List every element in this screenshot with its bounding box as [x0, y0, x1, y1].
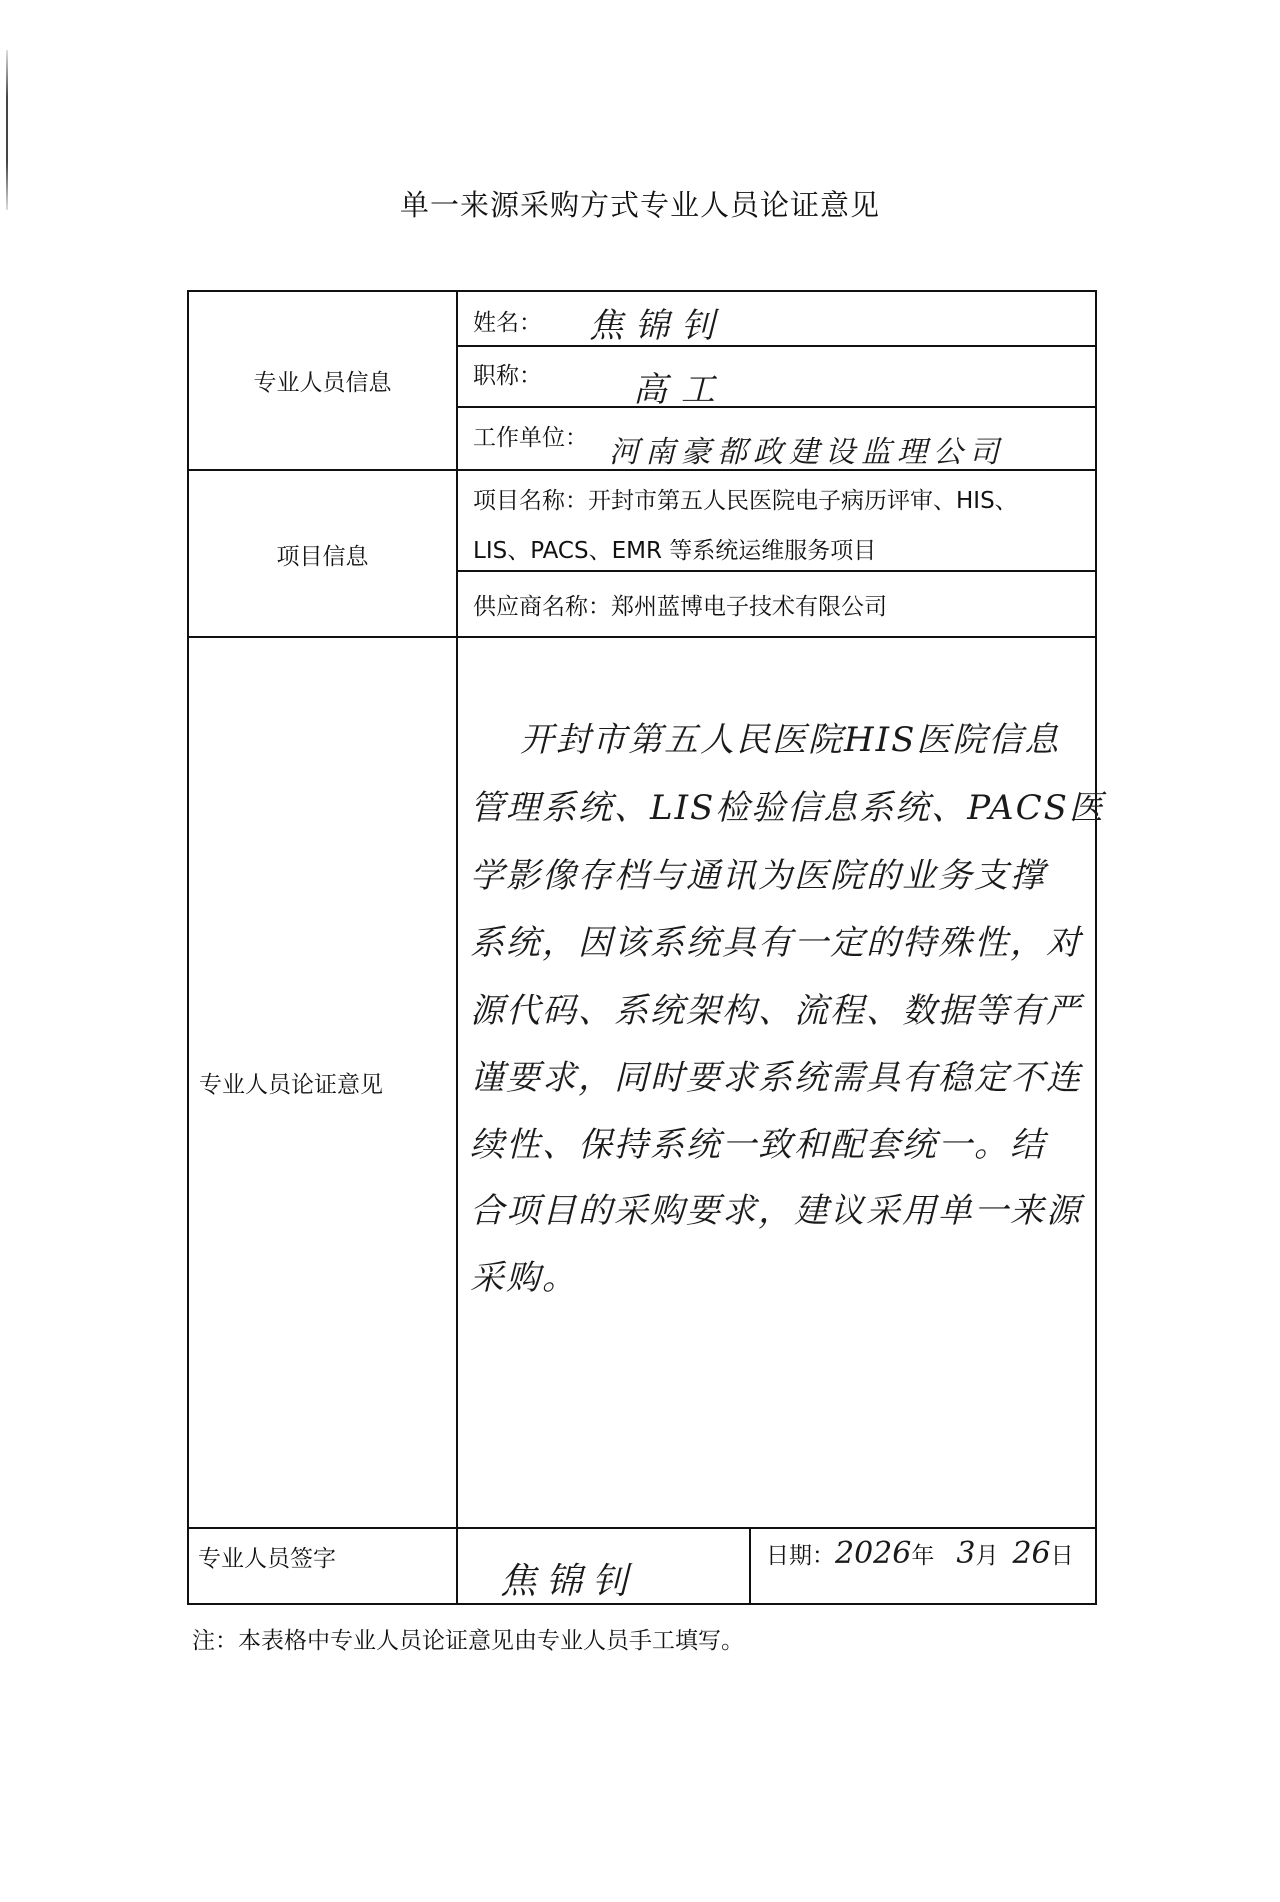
date-column-divider	[749, 1527, 751, 1605]
month-unit: 月	[975, 1543, 998, 1569]
section-label-opinion: 专业人员论证意见	[199, 1066, 383, 1099]
section-label-project-info: 项目信息	[189, 538, 456, 571]
title-label: 职称：	[473, 357, 542, 390]
opinion-line: 合项目的采购要求，建议采用单一来源	[470, 1183, 1090, 1232]
section-label-signature: 专业人员签字	[198, 1540, 336, 1573]
project-name-line1: 项目名称：开封市第五人民医院电子病历评审、HIS、	[473, 482, 1018, 515]
work-unit-value: 河南豪都政建设监理公司	[609, 427, 1005, 471]
supplier-name: 供应商名称：郑州蓝博电子技术有限公司	[473, 588, 887, 621]
name-value: 焦锦钊	[589, 298, 727, 347]
date-field: 日期：2026年3月26日	[766, 1536, 1074, 1571]
footnote: 注：本表格中专业人员论证意见由专业人员手工填写。	[192, 1622, 744, 1655]
document-title: 单一来源采购方式专业人员论证意见	[0, 183, 1280, 224]
date-label: 日期：	[766, 1543, 835, 1569]
row-divider	[458, 345, 1097, 347]
date-day: 26	[1012, 1536, 1050, 1571]
name-label: 姓名：	[473, 304, 542, 337]
opinion-line: 学影像存档与通讯为医院的业务支撑	[470, 848, 1090, 897]
row-divider	[458, 570, 1097, 572]
opinion-line: 管理系统、LIS检验信息系统、PACS医	[470, 780, 1090, 829]
project-name-line2: LIS、PACS、EMR 等系统运维服务项目	[473, 532, 876, 565]
title-value: 高工	[633, 362, 729, 411]
year-unit: 年	[911, 1543, 934, 1569]
opinion-line: 开封市第五人民医院HIS医院信息	[520, 712, 1140, 761]
opinion-line: 源代码、系统架构、流程、数据等有严	[470, 983, 1090, 1032]
date-year: 2026	[835, 1536, 911, 1571]
day-unit: 日	[1051, 1543, 1074, 1569]
work-unit-label: 工作单位：	[473, 419, 588, 452]
section-divider	[189, 636, 1097, 638]
opinion-line: 谨要求，同时要求系统需具有稳定不连	[470, 1050, 1090, 1099]
section-divider	[189, 1527, 1097, 1529]
signature-value: 焦锦钊	[500, 1553, 638, 1604]
opinion-line: 系统，因该系统具有一定的特殊性，对	[470, 915, 1090, 964]
opinion-line: 采购。	[470, 1250, 1090, 1299]
section-label-personnel-info: 专业人员信息	[189, 364, 456, 397]
column-divider	[456, 292, 458, 1605]
opinion-line: 续性、保持系统一致和配套统一。结	[470, 1117, 1090, 1166]
row-divider	[458, 406, 1097, 408]
date-month: 3	[956, 1536, 975, 1571]
